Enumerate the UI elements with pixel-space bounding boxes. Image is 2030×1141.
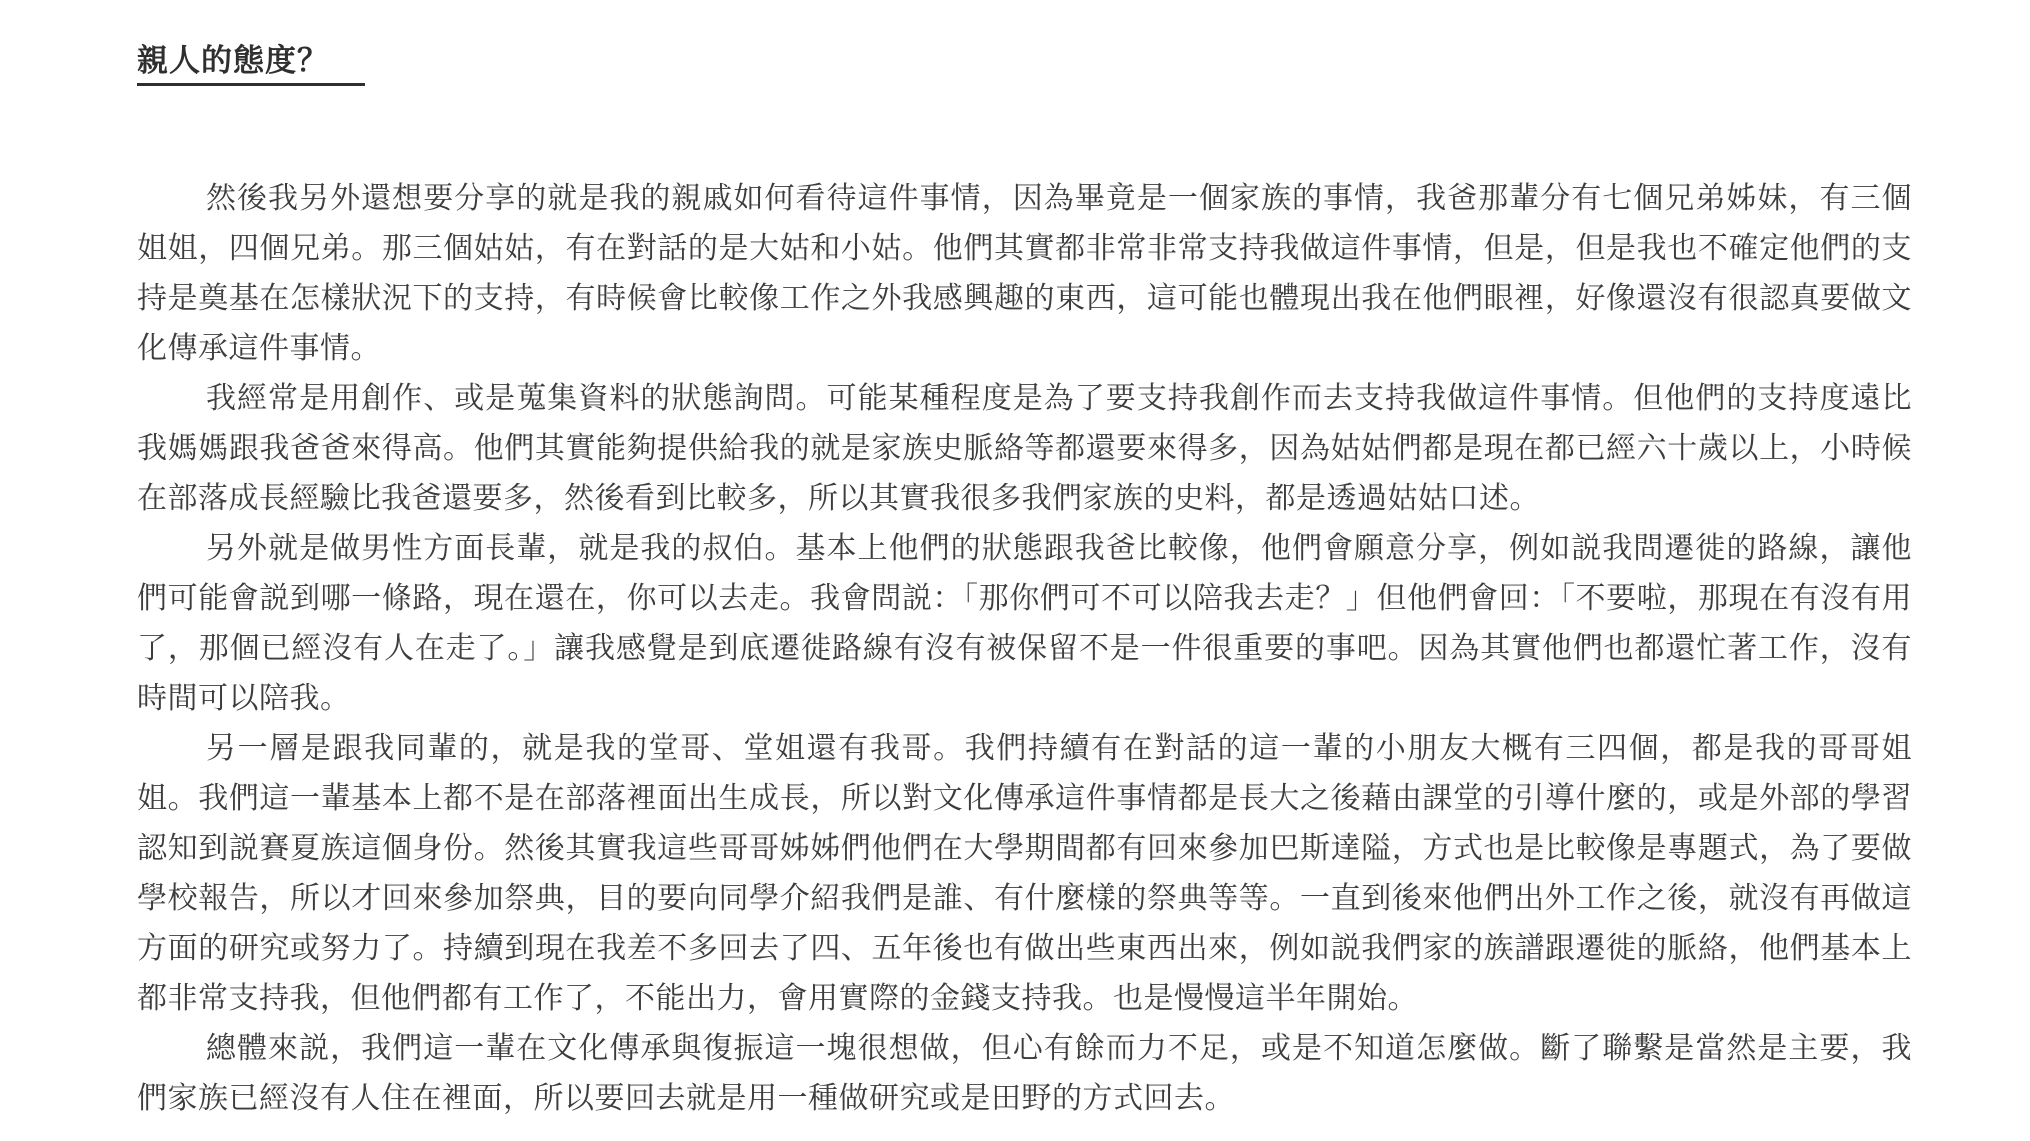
document-body: 然後我另外還想要分享的就是我的親戚如何看待這件事情，因為畢竟是一個家族的事情，我… — [137, 174, 1912, 1124]
paragraph-summary: 總體來説，我們這一輩在文化傳承與復振這一塊很想做，但心有餘而力不足，或是不知道怎… — [137, 1024, 1912, 1124]
page-title: 親人的態度？ — [137, 42, 1912, 86]
paragraph-same-generation: 另一層是跟我同輩的，就是我的堂哥、堂姐還有我哥。我們持續有在對話的這一輩的小朋友… — [137, 724, 1912, 1024]
paragraph-relatives-attitude: 然後我另外還想要分享的就是我的親戚如何看待這件事情，因為畢竟是一個家族的事情，我… — [137, 174, 1912, 374]
document-page: 親人的態度？ 然後我另外還想要分享的就是我的親戚如何看待這件事情，因為畢竟是一個… — [0, 0, 2030, 1141]
paragraph-uncles-elders: 另外就是做男性方面長輩，就是我的叔伯。基本上他們的狀態跟我爸比較像，他們會願意分… — [137, 524, 1912, 724]
paragraph-aunts-support: 我經常是用創作、或是蒐集資料的狀態詢問。可能某種程度是為了要支持我創作而去支持我… — [137, 374, 1912, 524]
page-title-text: 親人的態度？ — [137, 42, 365, 86]
